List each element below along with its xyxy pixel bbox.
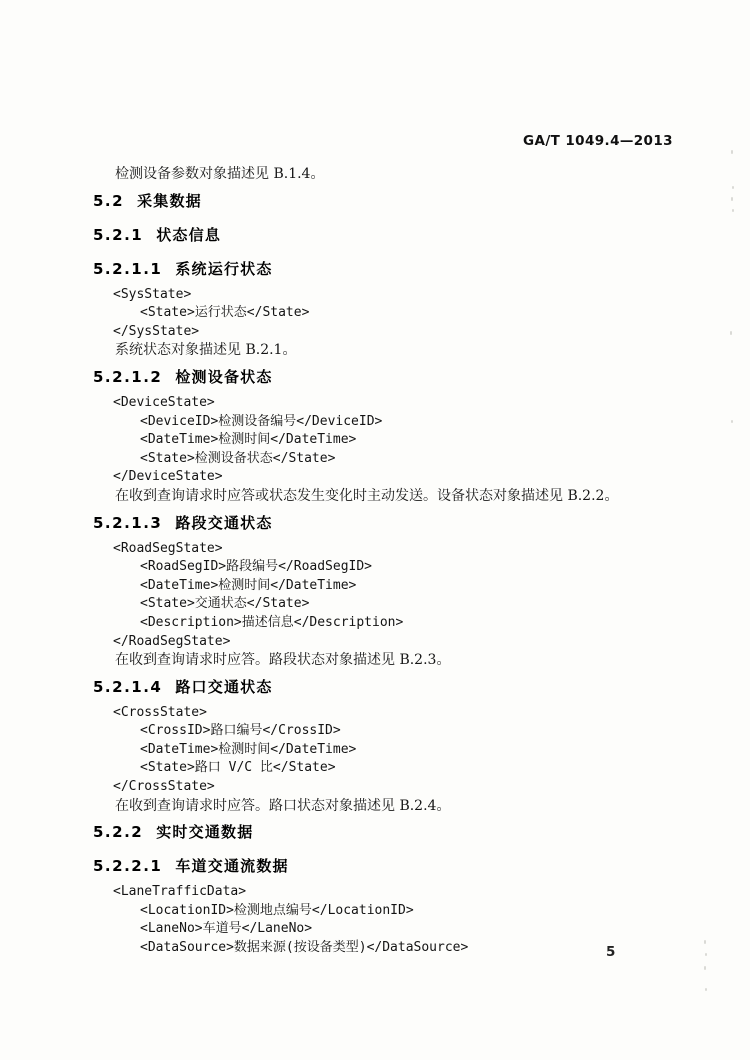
code-line: <DataSource>数据来源(按设备类型)</DataSource> — [140, 939, 468, 958]
paragraph: 系统状态对象描述见 B.2.1。 — [115, 341, 296, 360]
scan-artifact — [704, 940, 706, 944]
scan-artifact — [731, 420, 733, 423]
paragraph: 在收到查询请求时应答。路段状态对象描述见 B.2.3。 — [115, 651, 450, 670]
section-title: 系统运行状态 — [175, 260, 272, 278]
code-line: <LocationID>检测地点编号</LocationID> — [140, 902, 414, 921]
section-title: 实时交通数据 — [156, 823, 253, 841]
code-line: <State>路口 V/C 比</State> — [140, 759, 336, 778]
document-body: 检测设备参数对象描述见 B.1.4。5.2采集数据5.2.1状态信息5.2.1.… — [93, 165, 693, 958]
code-line: <Description>描述信息</Description> — [140, 614, 403, 633]
section-number: 5.2 — [93, 192, 124, 210]
section-heading: 5.2.1.2检测设备状态 — [93, 368, 273, 387]
code-line: <State>交通状态</State> — [140, 595, 309, 614]
scan-artifact — [705, 953, 707, 956]
section-heading: 5.2.1.3路段交通状态 — [93, 514, 273, 533]
code-line: <DateTime>检测时间</DateTime> — [140, 431, 356, 450]
code-line: <State>运行状态</State> — [140, 304, 309, 323]
code-line: <DateTime>检测时间</DateTime> — [140, 577, 356, 596]
scan-artifact — [732, 209, 734, 212]
section-number: 5.2.1.1 — [93, 260, 162, 278]
section-number: 5.2.2.1 — [93, 857, 162, 875]
section-number: 5.2.2 — [93, 823, 143, 841]
section-number: 5.2.1 — [93, 226, 143, 244]
section-title: 路口交通状态 — [175, 678, 272, 696]
section-title: 状态信息 — [156, 226, 221, 244]
code-line: <CrossID>路口编号</CrossID> — [140, 722, 341, 741]
section-heading: 5.2.2.1车道交通流数据 — [93, 857, 289, 876]
code-line: <LaneNo>车道号</LaneNo> — [140, 920, 312, 939]
section-heading: 5.2.1状态信息 — [93, 226, 221, 245]
scan-artifact — [704, 966, 706, 970]
scan-artifact — [730, 331, 732, 335]
section-heading: 5.2.1.1系统运行状态 — [93, 260, 273, 279]
code-line: <DateTime>检测时间</DateTime> — [140, 741, 356, 760]
code-line: </DeviceState> — [113, 468, 223, 487]
section-number: 5.2.1.2 — [93, 368, 162, 386]
scan-artifact — [731, 150, 733, 154]
section-number: 5.2.1.4 — [93, 678, 162, 696]
code-line: <LaneTrafficData> — [113, 883, 246, 902]
page-number: 5 — [606, 944, 615, 960]
code-line: <RoadSegState> — [113, 540, 223, 559]
paragraph: 在收到查询请求时应答。路口状态对象描述见 B.2.4。 — [115, 797, 450, 816]
code-line: <SysState> — [113, 286, 191, 305]
section-heading: 5.2.1.4路口交通状态 — [93, 678, 273, 697]
code-line: </CrossState> — [113, 778, 215, 797]
section-title: 采集数据 — [137, 192, 202, 210]
code-line: <RoadSegID>路段编号</RoadSegID> — [140, 558, 372, 577]
code-line: <CrossState> — [113, 704, 207, 723]
document-number-header: GA/T 1049.4—2013 — [523, 133, 673, 149]
code-line: <State>检测设备状态</State> — [140, 450, 335, 469]
code-line: </RoadSegState> — [113, 633, 230, 652]
section-title: 车道交通流数据 — [175, 857, 288, 875]
document-page: GA/T 1049.4—2013 检测设备参数对象描述见 B.1.4。5.2采集… — [0, 0, 750, 1060]
code-line: <DeviceState> — [113, 394, 215, 413]
code-line: <DeviceID>检测设备编号</DeviceID> — [140, 413, 382, 432]
section-title: 路段交通状态 — [175, 514, 272, 532]
section-heading: 5.2.2实时交通数据 — [93, 823, 253, 842]
section-number: 5.2.1.3 — [93, 514, 162, 532]
scan-artifact — [731, 197, 733, 201]
paragraph: 在收到查询请求时应答或状态发生变化时主动发送。设备状态对象描述见 B.2.2。 — [115, 487, 618, 506]
scan-artifact — [705, 988, 707, 991]
section-heading: 5.2采集数据 — [93, 192, 202, 211]
paragraph: 检测设备参数对象描述见 B.1.4。 — [115, 165, 324, 184]
scan-artifact — [732, 186, 734, 189]
code-line: </SysState> — [113, 323, 199, 342]
section-title: 检测设备状态 — [175, 368, 272, 386]
